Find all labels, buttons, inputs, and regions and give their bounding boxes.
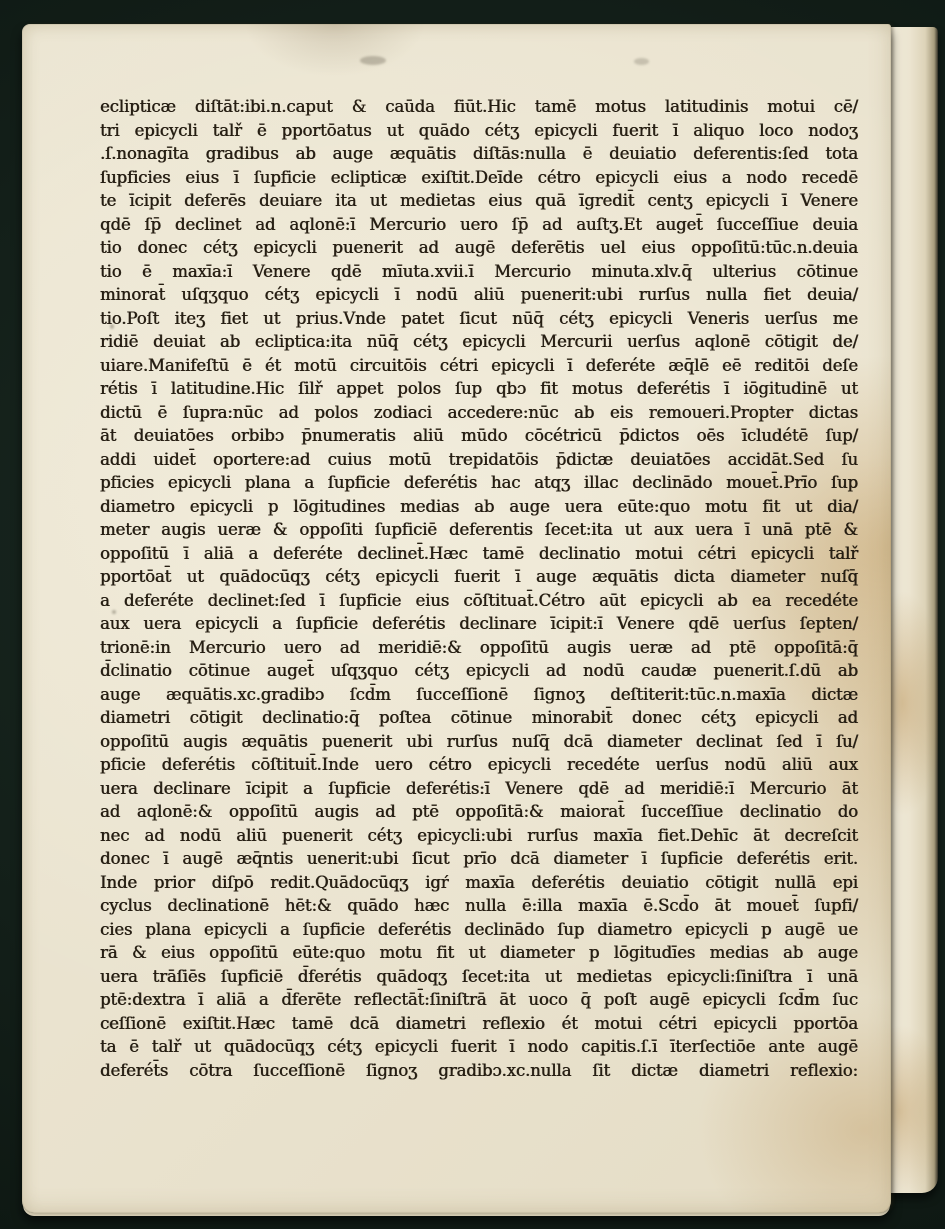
text-line: uiare.Manifeſtū ē ét motū circuitōis cét… <box>100 354 858 378</box>
text-line: nec ad nodū aliū puenerit cétʒ epicycli:… <box>100 824 858 848</box>
text-line: ad aqlonē:& oppoſitū augis ad ptē oppoſi… <box>100 800 858 824</box>
text-line: diametri cōtigit declinatio:q̄ poſtea cō… <box>100 706 858 730</box>
text-line: dictū ē ſupra:nūc ad polos zodiaci acced… <box>100 401 858 425</box>
text-line: aux uera epicycli a ſupficie deferétis d… <box>100 612 858 636</box>
text-line: donec ī augē æq̄ntis uenerit:ubi ſicut p… <box>100 847 858 871</box>
text-line: trionē:in Mercurio uero ad meridiē:& opp… <box>100 636 858 660</box>
text-line: pportōat̄ ut quādocūqʒ cétʒ epicycli fue… <box>100 565 858 589</box>
text-line: eclipticæ diſtāt:ibi.n.caput & caūda fiū… <box>100 95 858 119</box>
text-line: auge æquātis.xc.gradibɔ ſcd̄m ſucceſſion… <box>100 683 858 707</box>
text-line: te īcipit deferēs deuiare ita ut medieta… <box>100 189 858 213</box>
text-line: ptē:dextra ī aliā a d̄ferēte reflectāt̄:… <box>100 988 858 1012</box>
text-line: uera declinare īcipit a ſupficie deferét… <box>100 777 858 801</box>
text-line: tri epicycli talř ē pportōatus ut quādo … <box>100 119 858 143</box>
text-line: tio donec cétʒ epicycli puenerit ad augē… <box>100 236 858 260</box>
text-line: deferét̄s cōtra ſucceſſionē ſignoʒ gradi… <box>100 1059 858 1083</box>
book-page: eclipticæ diſtāt:ibi.n.caput & caūda fiū… <box>22 24 891 1213</box>
text-line: ridiē deuiat ab ecliptica:ita nūq̄ cétʒ … <box>100 330 858 354</box>
text-line: āt deuiatōes orbibɔ p̄numeratis aliū mūd… <box>100 424 858 448</box>
text-line: qdē ſp̄ declinet ad aqlonē:ī Mercurio ue… <box>100 213 858 237</box>
scan-background: eclipticæ diſtāt:ibi.n.caput & caūda fiū… <box>0 0 945 1229</box>
text-line: .ſ.nonagīta gradibus ab auge æquātis diſ… <box>100 142 858 166</box>
text-line: tio.Poſt iteʒ fiet ut prius.Vnde patet ſ… <box>100 307 858 331</box>
text-line: uera trāſiēs ſupficiē d̄ferétis quādoqʒ … <box>100 965 858 989</box>
text-line: pficie deferétis cōſtituit̄.Inde uero cé… <box>100 753 858 777</box>
text-line: a deferéte declinet:ſed ī ſupficie eius … <box>100 589 858 613</box>
latin-text-block: eclipticæ diſtāt:ibi.n.caput & caūda fiū… <box>100 95 858 1082</box>
text-line: d̄clinatio cōtinue auget̄ uſqʒquo cétʒ e… <box>100 659 858 683</box>
text-line: rā & eius oppoſitū eūte:quo motu fit ut … <box>100 941 858 965</box>
foxing-speck <box>360 56 386 65</box>
text-line: ta ē talř ut quādocūqʒ cétʒ epicycli fue… <box>100 1035 858 1059</box>
text-line: oppoſitū ī aliā a deferéte declinet̄.Hæc… <box>100 542 858 566</box>
text-line: cyclus declinationē hēt:& quādo hæc null… <box>100 894 858 918</box>
text-line: Inde prior diſpō redit.Quādocūqʒ igŕ max… <box>100 871 858 895</box>
text-line: oppoſitū augis æquātis puenerit ubi rurſ… <box>100 730 858 754</box>
text-line: rétis ī latitudine.Hic ſilř appet polos … <box>100 377 858 401</box>
text-line: diametro epicycli p lōgitudines medias a… <box>100 495 858 519</box>
text-line: meter augis ueræ & oppoſiti ſupficiē def… <box>100 518 858 542</box>
text-line: ſupficies eius ī ſupficie eclipticæ exiſ… <box>100 166 858 190</box>
text-line: ceſſionē exiſtit.Hæc tamē dcā diametri r… <box>100 1012 858 1036</box>
text-line: tio ē maxīa:ī Venere qdē mīuta.xvii.ī Me… <box>100 260 858 284</box>
text-line: addi uidet̄ oportere:ad cuius motū trepi… <box>100 448 858 472</box>
text-line: minorat̄ uſqʒquo cétʒ epicycli ī nodū al… <box>100 283 858 307</box>
text-line: cies plana epicycli a ſupficie deferétis… <box>100 918 858 942</box>
foxing-speck <box>634 58 649 65</box>
text-line: pficies epicycli plana a ſupficie deferé… <box>100 471 858 495</box>
